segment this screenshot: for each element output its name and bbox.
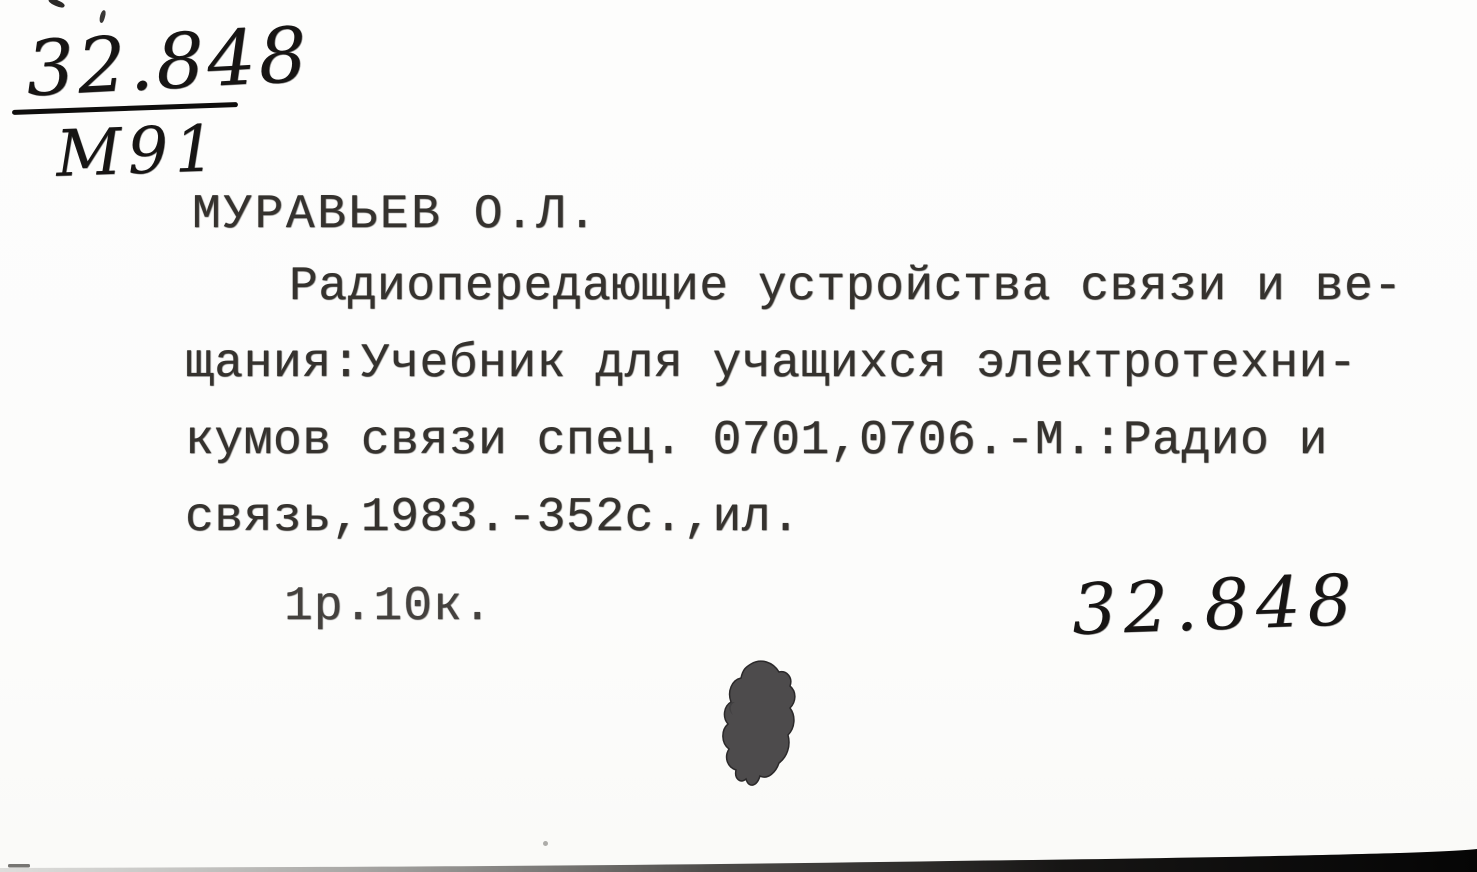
- call-number-top: 32.848: [24, 17, 312, 108]
- scan-bottom-edge: [0, 842, 1477, 872]
- catalog-card: 32.848 М91 МУРАВЬЕВ О.Л. Радиопередающие…: [0, 0, 1477, 872]
- author-line: МУРАВЬЕВ О.Л.: [192, 186, 599, 244]
- body-line: связь,1983.-352с.,ил.: [185, 483, 1403, 560]
- body-line: кумов связи спец. 0701,0706.-М.:Радио и: [185, 406, 1403, 483]
- ink-speck: [48, 0, 66, 9]
- call-number-author-code: М91: [55, 117, 222, 187]
- ink-blob-stain: [705, 658, 800, 793]
- body-line: Радиопередающие устройства связи и ве-: [185, 252, 1403, 329]
- accession-number: 32.848: [1071, 565, 1360, 645]
- price-line: 1р.10к.: [284, 580, 493, 634]
- bibliographic-description: Радиопередающие устройства связи и ве- щ…: [185, 252, 1403, 560]
- body-line: щания:Учебник для учащихся электротехни-: [185, 329, 1403, 406]
